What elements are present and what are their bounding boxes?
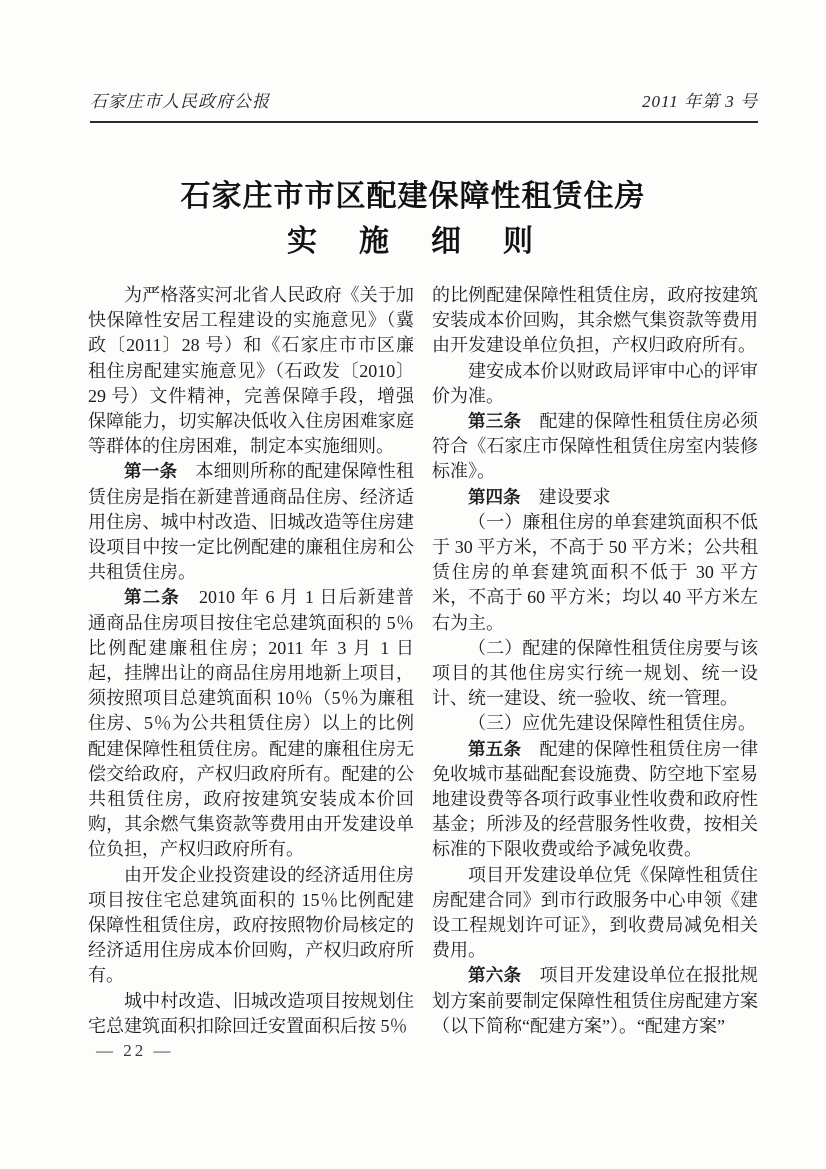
paragraph: 为严格落实河北省人民政府《关于加快保障性安居工程建设的实施意见》（冀政〔2011…: [88, 283, 414, 459]
issue-number: 2011 年第 3 号: [642, 87, 758, 112]
article-number: 第二条: [124, 587, 180, 607]
right-column: 的比例配建保障性租赁住房，政府按建筑安装成本价回购，其余燃气集资款等费用由开发建…: [432, 283, 758, 1039]
paragraph: 的比例配建保障性租赁住房，政府按建筑安装成本价回购，其余燃气集资款等费用由开发建…: [432, 283, 758, 359]
paragraph: 第一条 本细则所称的配建保障性租赁住房是指在新建普通商品住房、经济适用住房、城中…: [88, 459, 414, 585]
document-title-line2: 实 施 细 则: [0, 225, 826, 259]
document-body: 为严格落实河北省人民政府《关于加快保障性安居工程建设的实施意见》（冀政〔2011…: [88, 283, 758, 1039]
paragraph: 项目开发建设单位凭《保障性租赁住房配建合同》到市行政服务中心申领《建设工程规划许…: [432, 863, 758, 964]
paragraph: 第四条 建设要求: [432, 485, 758, 510]
article-number: 第六条: [468, 965, 521, 985]
article-number: 第三条: [468, 411, 521, 431]
paragraph: 第六条 项目开发建设单位在报批规划方案前要制定保障性租赁住房配建方案（以下简称“…: [432, 963, 758, 1039]
page-header: 石家庄市人民政府公报 2011 年第 3 号: [90, 87, 758, 123]
article-number: 第四条: [468, 487, 521, 507]
left-column: 为严格落实河北省人民政府《关于加快保障性安居工程建设的实施意见》（冀政〔2011…: [88, 283, 414, 1039]
article-number: 第一条: [124, 461, 177, 481]
article-number: 第五条: [468, 739, 521, 759]
paragraph: （三）应优先建设保障性租赁住房。: [432, 711, 758, 736]
paragraph: （一）廉租住房的单套建筑面积不低于 30 平方米，不高于 50 平方米；公共租赁…: [432, 510, 758, 636]
paragraph: 第二条 2010 年 6 月 1 日后新建普通商品住房项目按住宅总建筑面积的 5…: [88, 585, 414, 862]
document-title: 石家庄市市区配建保障性租赁住房 实 施 细 则: [0, 180, 826, 259]
paragraph: 第三条 配建的保障性租赁住房必须符合《石家庄市保障性租赁住房室内装修标准》。: [432, 409, 758, 485]
document-title-line1: 石家庄市市区配建保障性租赁住房: [0, 180, 826, 214]
paragraph: 由开发企业投资建设的经济适用住房项目按住宅总建筑面积的 15％比例配建保障性租赁…: [88, 863, 414, 989]
paragraph: 建安成本价以财政局评审中心的评审价为准。: [432, 359, 758, 409]
paragraph: 第五条 配建的保障性租赁住房一律免收城市基础配套设施费、防空地下室易地建设费等各…: [432, 737, 758, 863]
paragraph: 城中村改造、旧城改造项目按规划住宅总建筑面积扣除回迁安置面积后按 5％: [88, 989, 414, 1039]
page-number: — 22 —: [96, 1041, 174, 1061]
publication-title: 石家庄市人民政府公报: [90, 87, 270, 112]
gazette-page: 石家庄市人民政府公报 2011 年第 3 号 石家庄市市区配建保障性租赁住房 实…: [0, 0, 826, 1169]
paragraph: （二）配建的保障性租赁住房要与该项目的其他住房实行统一规划、统一设计、统一建设、…: [432, 636, 758, 712]
